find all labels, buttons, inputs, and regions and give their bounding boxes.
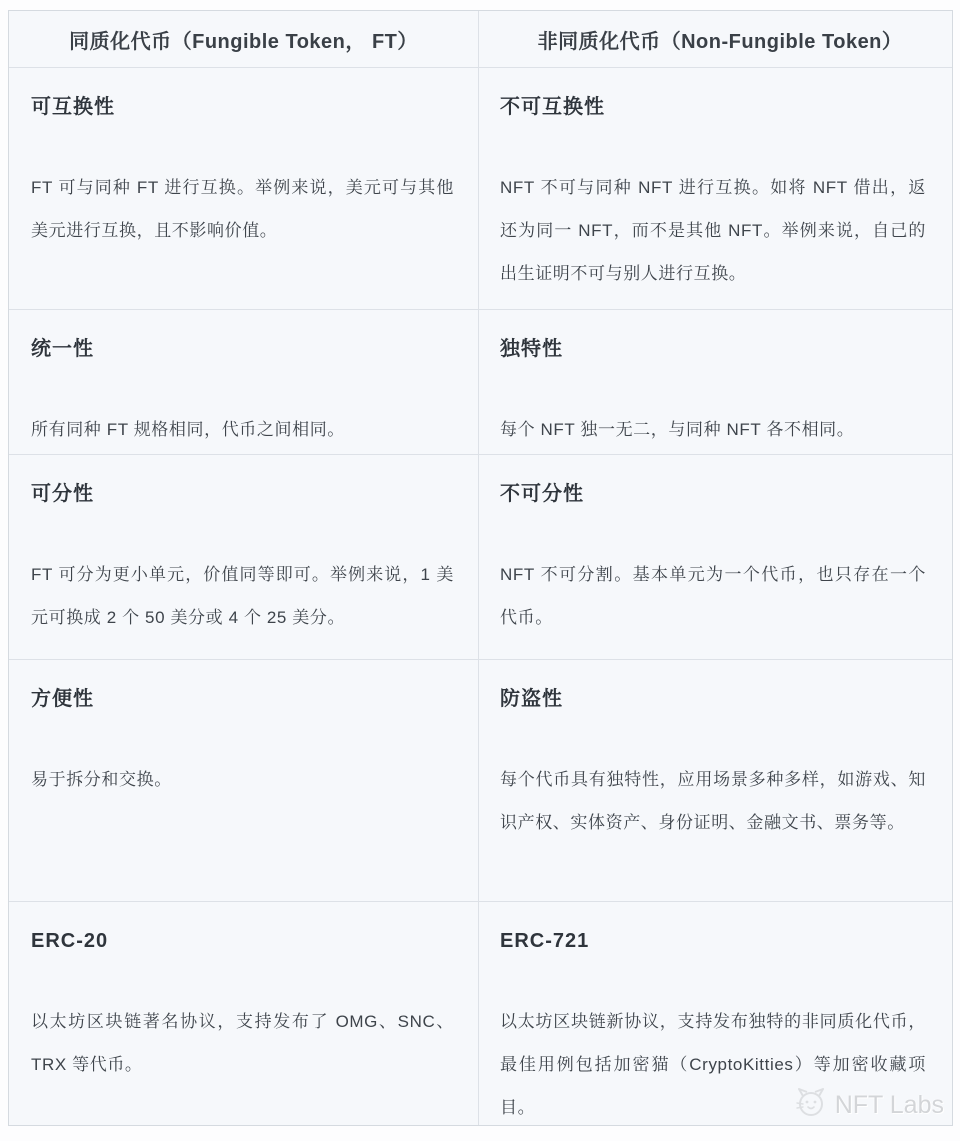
cell-nft-uniqueness: 独特性 每个 NFT 独一无二，与同种 NFT 各不相同。: [479, 310, 950, 454]
table-row: 可分性 FT 可分为更小单元，价值同等即可。举例来说，1 美元可换成 2 个 5…: [9, 455, 952, 660]
cell-title: 方便性: [31, 686, 454, 712]
cell-nft-non-exchangeability: 不可互换性 NFT 不可与同种 NFT 进行互换。如将 NFT 借出，返还为同一…: [479, 68, 950, 309]
cell-title: 可互换性: [31, 94, 454, 120]
ft-nft-comparison-table: 同质化代币（Fungible Token， FT） 非同质化代币（Non-Fun…: [8, 10, 953, 1126]
cell-ft-exchangeability: 可互换性 FT 可与同种 FT 进行互换。举例来说，美元可与其他美元进行互换，且…: [9, 68, 479, 309]
table-row: 可互换性 FT 可与同种 FT 进行互换。举例来说，美元可与其他美元进行互换，且…: [9, 68, 952, 310]
cell-body: FT 可分为更小单元，价值同等即可。举例来说，1 美元可换成 2 个 50 美分…: [31, 553, 454, 639]
table-row: 方便性 易于拆分和交换。 防盗性 每个代币具有独特性，应用场景多种多样，如游戏、…: [9, 660, 952, 902]
cell-ft-divisibility: 可分性 FT 可分为更小单元，价值同等即可。举例来说，1 美元可换成 2 个 5…: [9, 455, 479, 659]
cell-body: 每个 NFT 独一无二，与同种 NFT 各不相同。: [500, 408, 926, 451]
cell-body: NFT 不可分割。基本单元为一个代币，也只存在一个代币。: [500, 553, 926, 639]
cell-ft-uniformity: 统一性 所有同种 FT 规格相同，代币之间相同。: [9, 310, 479, 454]
cell-erc721: ERC-721 以太坊区块链新协议，支持发布独特的非同质化代币，最佳用例包括加密…: [479, 902, 950, 1125]
cell-body: 每个代币具有独特性，应用场景多种多样，如游戏、知识产权、实体资产、身份证明、金融…: [500, 758, 926, 844]
cell-body: 以太坊区块链新协议，支持发布独特的非同质化代币，最佳用例包括加密猫（Crypto…: [500, 1000, 926, 1125]
cell-title: 独特性: [500, 336, 926, 362]
cell-erc20: ERC-20 以太坊区块链著名协议，支持发布了 OMG、SNC、TRX 等代币。: [9, 902, 479, 1125]
cell-nft-indivisibility: 不可分性 NFT 不可分割。基本单元为一个代币，也只存在一个代币。: [479, 455, 950, 659]
cell-title: ERC-20: [31, 928, 454, 954]
table-row: 统一性 所有同种 FT 规格相同，代币之间相同。 独特性 每个 NFT 独一无二…: [9, 310, 952, 455]
cell-title: 可分性: [31, 481, 454, 507]
cell-ft-convenience: 方便性 易于拆分和交换。: [9, 660, 479, 901]
cell-title: ERC-721: [500, 928, 926, 954]
cell-body: 易于拆分和交换。: [31, 758, 454, 801]
cell-title: 不可互换性: [500, 94, 926, 120]
cell-body: 所有同种 FT 规格相同，代币之间相同。: [31, 408, 454, 451]
header-fungible-token: 同质化代币（Fungible Token， FT）: [9, 11, 479, 67]
cell-title: 防盗性: [500, 686, 926, 712]
table-header-row: 同质化代币（Fungible Token， FT） 非同质化代币（Non-Fun…: [9, 11, 952, 68]
table-row: ERC-20 以太坊区块链著名协议，支持发布了 OMG、SNC、TRX 等代币。…: [9, 902, 952, 1125]
cell-body: 以太坊区块链著名协议，支持发布了 OMG、SNC、TRX 等代币。: [31, 1000, 454, 1086]
cell-nft-theft-protection: 防盗性 每个代币具有独特性，应用场景多种多样，如游戏、知识产权、实体资产、身份证…: [479, 660, 950, 901]
cell-body: FT 可与同种 FT 进行互换。举例来说，美元可与其他美元进行互换，且不影响价值…: [31, 166, 454, 252]
header-non-fungible-token: 非同质化代币（Non-Fungible Token）: [479, 11, 950, 67]
cell-body: NFT 不可与同种 NFT 进行互换。如将 NFT 借出，返还为同一 NFT，而…: [500, 166, 926, 295]
cell-title: 统一性: [31, 336, 454, 362]
cell-title: 不可分性: [500, 481, 926, 507]
